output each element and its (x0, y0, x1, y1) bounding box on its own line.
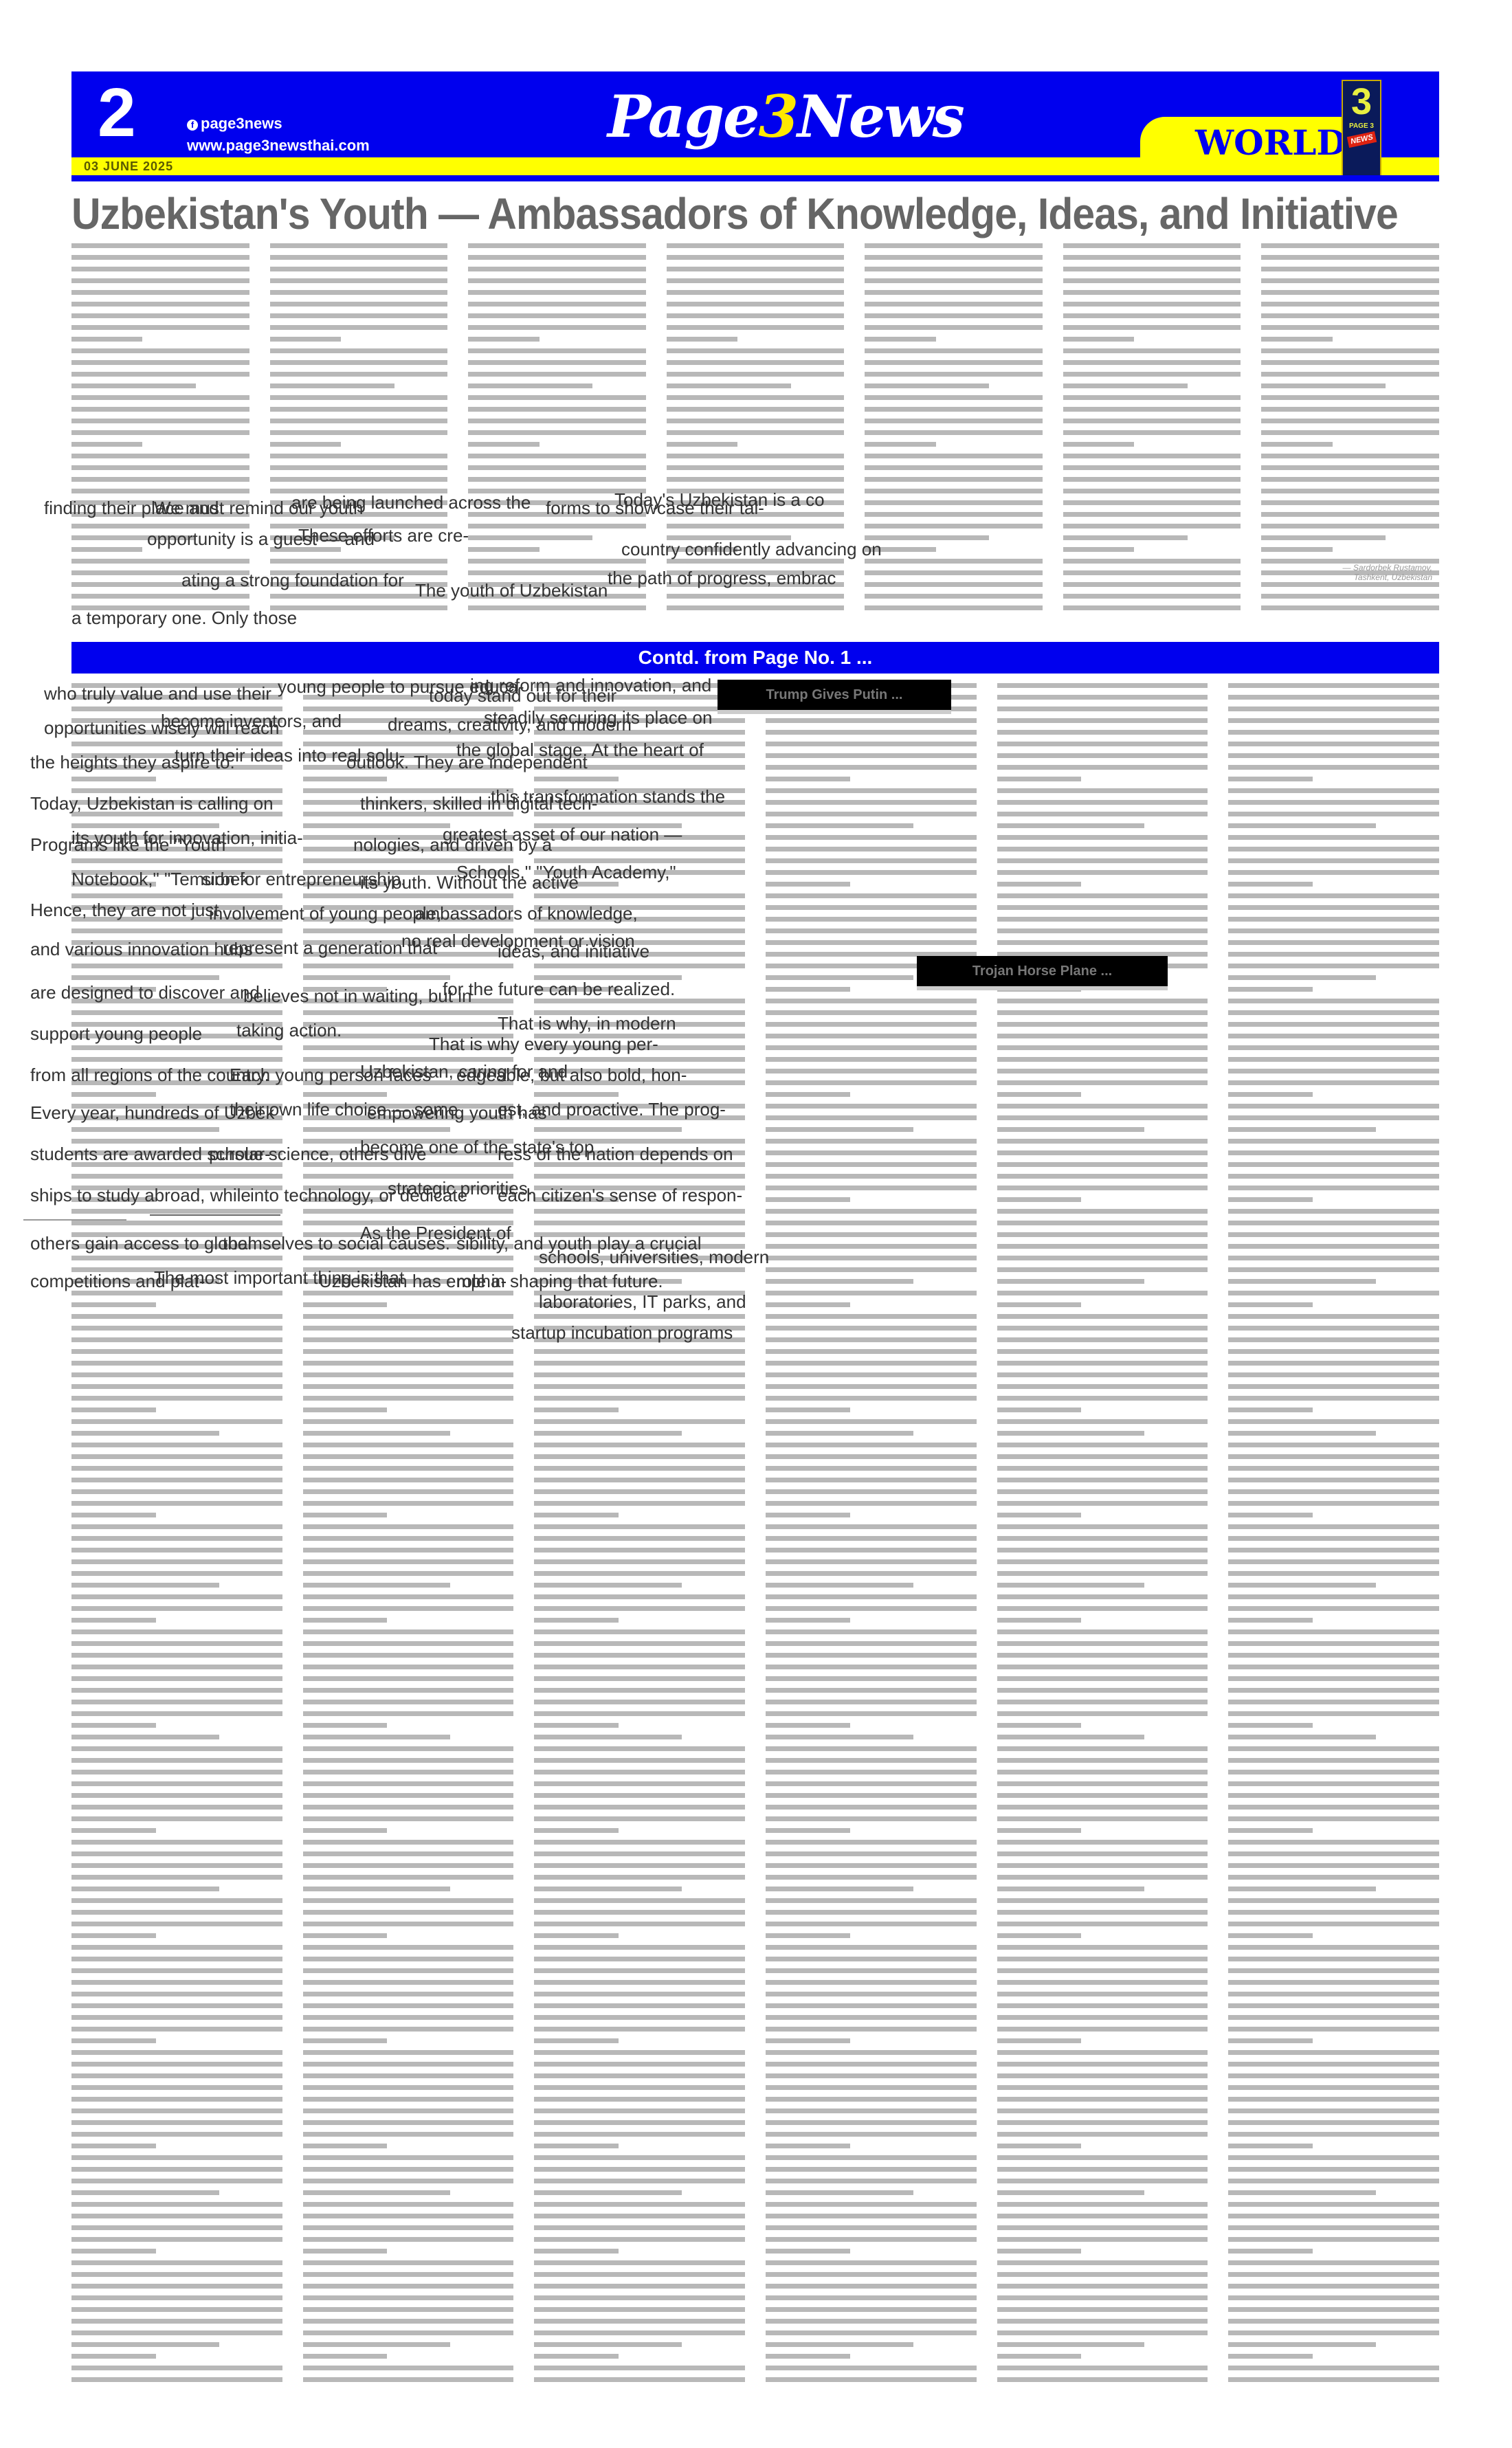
text-line (766, 999, 977, 1003)
text-line (71, 1957, 282, 1961)
text-line (1228, 1711, 1439, 1716)
text-line (997, 1150, 1208, 1155)
text-line (1228, 2214, 1439, 2218)
text-line (468, 477, 646, 482)
text-line (1228, 1828, 1313, 1833)
text-line (1261, 255, 1439, 260)
text-line (270, 547, 341, 552)
text-line (1228, 823, 1376, 828)
text-line (1063, 454, 1241, 458)
text-line (71, 1968, 282, 1973)
text-line (468, 243, 646, 248)
text-line (71, 2085, 282, 2090)
text-line (997, 1174, 1208, 1179)
text-line (303, 1583, 451, 1588)
text-line (766, 1431, 913, 1436)
text-line (997, 1419, 1208, 1424)
text-line (1063, 372, 1241, 377)
text-line (303, 940, 514, 945)
text-line (303, 2330, 514, 2335)
text-line (997, 718, 1208, 723)
text-line (997, 1770, 1208, 1774)
text-line (71, 1945, 282, 1950)
divider-rule (23, 1219, 126, 1221)
text-line (997, 1513, 1082, 1517)
text-line (71, 2003, 282, 2008)
text-line (270, 255, 448, 260)
text-line (71, 1197, 156, 1202)
text-line (1063, 582, 1241, 587)
text-line (997, 893, 1208, 898)
text-line (997, 1688, 1208, 1693)
text-line (534, 1781, 745, 1786)
text-line (1228, 1361, 1439, 1366)
text-line (1063, 325, 1241, 330)
text-line (71, 1594, 282, 1599)
text-line (667, 267, 845, 271)
text-line (997, 2155, 1208, 2160)
text-line (71, 718, 282, 723)
text-line (71, 2038, 156, 2043)
text-line (865, 372, 1043, 377)
text-line (1228, 1945, 1439, 1950)
text-line (534, 1629, 745, 1634)
text-line (534, 2225, 745, 2230)
text-line (766, 1793, 977, 1798)
text-line (1228, 1641, 1439, 1646)
text-line (71, 360, 249, 365)
text-line (1228, 1197, 1313, 1202)
text-line (71, 858, 282, 863)
text-line (667, 524, 845, 528)
text-line (303, 2038, 388, 2043)
text-line (1228, 1256, 1439, 1260)
text-line (303, 1279, 451, 1284)
text-line (766, 2097, 977, 2102)
text-line (71, 1115, 282, 1120)
text-line (865, 442, 935, 447)
text-line (534, 1840, 745, 1845)
text-line (534, 2027, 745, 2032)
text-line (534, 706, 745, 711)
text-line (766, 2295, 977, 2300)
text-line (1063, 535, 1188, 540)
article-byline: — Sardorbek Rustamov, Tashkent, Uzbekist… (1302, 563, 1432, 582)
text-line (303, 1419, 514, 1424)
text-line (1228, 1034, 1439, 1038)
text-line (766, 2073, 977, 2078)
text-line (1228, 2260, 1439, 2265)
text-line (71, 1034, 282, 1038)
text-line (1063, 255, 1241, 260)
text-line (997, 2144, 1082, 2148)
text-line (766, 2027, 977, 2032)
text-line (766, 1676, 977, 1681)
text-line (865, 500, 1043, 505)
text-line (534, 1700, 745, 1704)
text-line (667, 512, 845, 517)
text-line (1228, 1735, 1376, 1739)
text-line (303, 765, 514, 770)
text-line (303, 2284, 514, 2289)
text-line (1228, 1770, 1439, 1774)
text-line (1228, 2027, 1439, 2032)
text-line (534, 1384, 745, 1389)
text-line (71, 788, 282, 793)
text-line (71, 1326, 282, 1331)
text-line (534, 1092, 619, 1097)
text-line (71, 2237, 282, 2242)
text-line (303, 2003, 514, 2008)
text-line (534, 2284, 745, 2289)
text-line (1228, 1793, 1439, 1798)
text-line (865, 360, 1043, 365)
text-line (71, 267, 249, 271)
text-line (1228, 2202, 1439, 2207)
text-line (766, 1898, 977, 1903)
text-line (997, 1898, 1208, 1903)
text-line (1228, 1665, 1439, 1669)
text-line (303, 999, 514, 1003)
text-line (997, 683, 1208, 688)
text-line (1228, 964, 1439, 968)
text-line (766, 1045, 977, 1050)
text-line (534, 765, 745, 770)
text-line (997, 1080, 1208, 1085)
text-line (766, 2190, 913, 2195)
text-line (534, 2155, 745, 2160)
text-line (1261, 582, 1439, 587)
text-line (997, 882, 1082, 887)
text-line (534, 1431, 682, 1436)
text-line (997, 1314, 1208, 1319)
text-line (303, 2015, 514, 2020)
text-line (534, 1302, 619, 1307)
text-line (1063, 243, 1241, 248)
text-line (766, 1127, 913, 1132)
text-line (1063, 477, 1241, 482)
text-line (303, 1127, 451, 1132)
text-line (997, 1407, 1082, 1412)
text-line (766, 870, 977, 875)
text-line (303, 1665, 514, 1669)
text-line (71, 2062, 282, 2067)
text-line (71, 454, 249, 458)
text-line (1228, 1221, 1439, 1225)
text-line (997, 1536, 1208, 1541)
text-line (766, 2330, 977, 2335)
text-line (997, 1700, 1208, 1704)
text-line (534, 1256, 745, 1260)
text-line (1228, 1057, 1439, 1062)
text-line (303, 2085, 514, 2090)
text-line (71, 835, 282, 840)
text-line (1228, 2132, 1439, 2137)
text-line (997, 2249, 1082, 2254)
text-line (534, 952, 745, 957)
text-line (766, 1781, 977, 1786)
text-line (1228, 1209, 1439, 1214)
text-line (71, 765, 282, 770)
text-line (71, 1583, 219, 1588)
text-line (468, 559, 646, 564)
text-line (534, 987, 619, 992)
text-line (303, 1781, 514, 1786)
text-line (71, 1816, 282, 1821)
text-line (534, 917, 745, 922)
text-line (1261, 489, 1439, 493)
text-line (1228, 1746, 1439, 1751)
text-line (1228, 1302, 1313, 1307)
text-column (71, 683, 282, 2389)
text-line (303, 2179, 514, 2183)
text-line (468, 489, 646, 493)
text-line (1261, 278, 1439, 283)
text-line (534, 2167, 745, 2172)
text-line (1228, 1337, 1439, 1342)
text-line (997, 730, 1208, 735)
text-line (1228, 1840, 1439, 1845)
text-line (534, 777, 619, 781)
text-line (1228, 1162, 1439, 1167)
text-line (303, 730, 514, 735)
text-line (766, 2003, 977, 2008)
text-line (997, 1793, 1208, 1798)
text-line (270, 407, 448, 412)
text-line (534, 1828, 619, 1833)
text-line (303, 1489, 514, 1494)
text-line (534, 1945, 745, 1950)
text-line (534, 2377, 745, 2382)
text-line (71, 1174, 282, 1179)
text-line (1228, 893, 1439, 898)
text-column (1063, 243, 1241, 617)
text-line (667, 442, 737, 447)
text-line (766, 1057, 977, 1062)
text-line (1228, 1407, 1313, 1412)
text-line (1228, 683, 1439, 688)
text-line (303, 2214, 514, 2218)
text-line (303, 1501, 514, 1506)
text-line (534, 2179, 745, 2183)
text-line (71, 1221, 282, 1225)
text-line (534, 1127, 682, 1132)
text-line (1228, 1676, 1439, 1681)
text-line (534, 1349, 745, 1354)
text-line (865, 267, 1043, 271)
text-line (71, 1548, 282, 1553)
text-column (865, 243, 1043, 617)
text-line (534, 2062, 745, 2067)
text-line (997, 1443, 1208, 1447)
text-line (534, 683, 745, 688)
newspaper-logo: Page3News (608, 82, 964, 151)
text-line (534, 2214, 745, 2218)
text-line (71, 1922, 282, 1926)
text-line (766, 1875, 977, 1880)
text-line (1228, 858, 1439, 863)
text-line (303, 1758, 514, 1763)
text-line (997, 1922, 1208, 1926)
text-line (997, 1863, 1208, 1868)
text-line (1228, 1139, 1439, 1144)
text-line (667, 278, 845, 283)
text-line (468, 500, 646, 505)
text-line (1063, 337, 1134, 342)
text-line (766, 742, 977, 746)
text-line (1228, 2237, 1439, 2242)
text-line (766, 1454, 977, 1459)
text-line (468, 360, 646, 365)
text-line (303, 2073, 514, 2078)
text-line (71, 777, 156, 781)
text-line (766, 1279, 913, 1284)
text-line (997, 1968, 1208, 1973)
text-line (766, 2354, 850, 2359)
text-line (71, 1022, 282, 1027)
text-line (997, 2167, 1208, 2172)
text-line (71, 2015, 282, 2020)
text-line (1228, 2249, 1313, 2254)
text-line (865, 395, 1043, 400)
text-line (303, 1898, 514, 1903)
text-line (997, 1326, 1208, 1331)
text-line (303, 1150, 514, 1155)
text-line (468, 524, 646, 528)
text-line (997, 1641, 1208, 1646)
text-line (1261, 512, 1439, 517)
text-line (997, 2307, 1208, 2312)
text-line (1228, 2097, 1439, 2102)
text-line (766, 2062, 977, 2067)
continued-from-banner: Contd. from Page No. 1 ... (71, 642, 1439, 674)
text-line (71, 1992, 282, 1996)
text-line (997, 2342, 1145, 2347)
text-line (1228, 1688, 1439, 1693)
text-line (71, 255, 249, 260)
text-line (1063, 348, 1241, 353)
text-line (71, 442, 142, 447)
text-line (71, 1127, 219, 1132)
website-link[interactable]: www.page3newsthai.com (187, 135, 370, 157)
text-line (865, 547, 935, 552)
text-line (71, 2155, 282, 2160)
text-line (534, 964, 745, 968)
text-line (766, 905, 977, 910)
text-line (71, 1851, 282, 1856)
text-line (1228, 882, 1313, 887)
text-line (1228, 1478, 1439, 1482)
text-line (865, 559, 1043, 564)
text-line (303, 1396, 514, 1401)
text-line (71, 243, 249, 248)
text-line (534, 1513, 619, 1517)
text-line (71, 940, 282, 945)
text-line (997, 1022, 1208, 1027)
text-line (534, 2132, 745, 2137)
text-line (1228, 812, 1439, 816)
text-line (667, 372, 845, 377)
text-line (997, 999, 1208, 1003)
text-line (865, 407, 1043, 412)
text-line (766, 928, 977, 933)
text-line (667, 290, 845, 295)
text-line (667, 302, 845, 307)
text-line (997, 1478, 1208, 1482)
text-line (1228, 2295, 1439, 2300)
text-line (766, 917, 977, 922)
text-line (766, 2202, 977, 2207)
text-line (534, 882, 619, 887)
text-line (1228, 2120, 1439, 2125)
text-line (1228, 2155, 1439, 2160)
text-line (766, 1489, 977, 1494)
text-line (997, 1302, 1082, 1307)
text-line (997, 1735, 1145, 1739)
text-line (1228, 1583, 1376, 1588)
text-line (303, 2097, 514, 2102)
text-line (270, 582, 448, 587)
text-line (766, 1466, 977, 1471)
text-line (534, 718, 745, 723)
text-line (534, 999, 745, 1003)
text-line (303, 1887, 451, 1891)
text-line (303, 1945, 514, 1950)
text-line (534, 1653, 745, 1658)
text-line (766, 1034, 977, 1038)
text-line (1228, 777, 1313, 781)
text-line (997, 1010, 1208, 1015)
text-line (303, 2132, 514, 2137)
text-line (303, 718, 514, 723)
text-line (1261, 313, 1439, 318)
text-line (71, 348, 249, 353)
text-line (270, 489, 448, 493)
text-line (534, 1910, 745, 1915)
text-line (534, 1419, 745, 1424)
text-line (303, 1746, 514, 1751)
text-line (71, 313, 249, 318)
text-line (997, 1127, 1145, 1132)
text-line (1261, 395, 1439, 400)
text-line (534, 1933, 619, 1938)
text-line (468, 325, 646, 330)
text-line (534, 753, 745, 758)
text-line (766, 812, 977, 816)
text-line (997, 1571, 1208, 1576)
text-line (303, 2120, 514, 2125)
text-line (303, 1186, 514, 1190)
text-line (997, 2354, 1082, 2359)
text-line (766, 2085, 977, 2090)
text-line (997, 1524, 1208, 1529)
page3-badge-logo: 3 PAGE 3 NEWS (1342, 80, 1381, 179)
text-column (667, 243, 845, 617)
facebook-handle[interactable]: page3news (201, 115, 282, 132)
text-line (1063, 500, 1241, 505)
text-line (997, 905, 1208, 910)
text-line (71, 847, 282, 852)
text-line (303, 1594, 514, 1599)
text-line (270, 454, 448, 458)
text-line (766, 1384, 977, 1389)
text-line (1228, 1606, 1439, 1611)
text-line (1063, 570, 1241, 575)
text-line (468, 255, 646, 260)
text-line (1228, 1115, 1439, 1120)
text-line (766, 1080, 977, 1085)
text-line (534, 1501, 745, 1506)
